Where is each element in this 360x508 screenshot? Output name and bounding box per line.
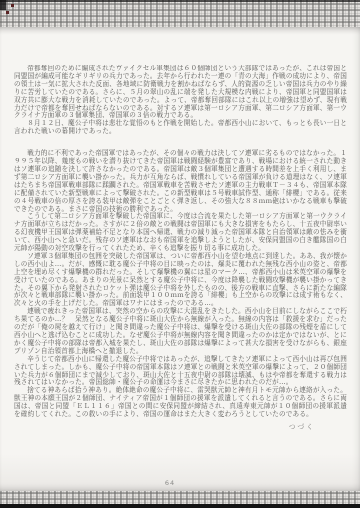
to-be-continued-label: つづく (14, 424, 347, 432)
paragraph: ソ連軍３個軍集団の包囲を突破した帝国軍は、ついに帝都西小山を望む地点に到達した。… (14, 253, 347, 308)
story-section-intro: 帝都奪回のために編成されたヴァイクセル軍集団は６０個師団という大部隊ではあったが… (14, 65, 347, 136)
paragraph: 辛うじて帝都西小山に帰還した魔公子中将ではあったが、追撃してきたソ連軍によって西… (14, 356, 347, 388)
plaid-accent-dot (11, 4, 14, 7)
paragraph: こうして第二ロシア方面軍を撃破した帝国軍に、今度は合流を果たした第一ロシア方面軍… (14, 213, 347, 253)
paragraph: 帝都奪回のために編成されたヴァイクセル軍集団は６０個師団という大部隊ではあったが… (14, 65, 347, 120)
plaid-cloth-background-top (0, 0, 360, 29)
photo-edge-top (0, 0, 360, 2)
story-section-battle: 戦力的に不利であった帝国軍ではあったが、その個々の戦力は決してソ連軍に劣るもので… (14, 150, 347, 419)
scanned-page-photo: 帝都奪回のために編成されたヴァイクセル軍集団は６０個師団という大部隊ではあったが… (0, 0, 360, 508)
photo-edge-bottom (0, 504, 360, 508)
paragraph: 連戦で疲れきった帝国軍は、突然の空からの攻撃に大混乱をきたした。西小山を目前にし… (14, 308, 347, 355)
plaid-accent-dot (6, 11, 9, 14)
paragraph: 戦力的に不利であった帝国軍ではあったが、その個々の戦力は決してソ連軍に劣るもので… (14, 150, 347, 213)
book-page: 帝都奪回のために編成されたヴァイクセル軍集団は６０個師団という大部隊ではあったが… (0, 27, 360, 491)
paragraph: ８月１２日、魔公子中将は悲壮な覚悟のもと作戦を開始した。帝都西小山において、もっ… (14, 120, 347, 136)
story-text-block: 帝都奪回のために編成されたヴァイクセル軍集団は６０個師団という大部隊ではあったが… (14, 65, 347, 432)
paragraph: 捨てる神あらば拾う神あり。絶体絶命の魔公子中将に、雷哭獣元帥と神有月トモ元帥から… (14, 387, 347, 419)
page-number: 64 (0, 479, 350, 487)
